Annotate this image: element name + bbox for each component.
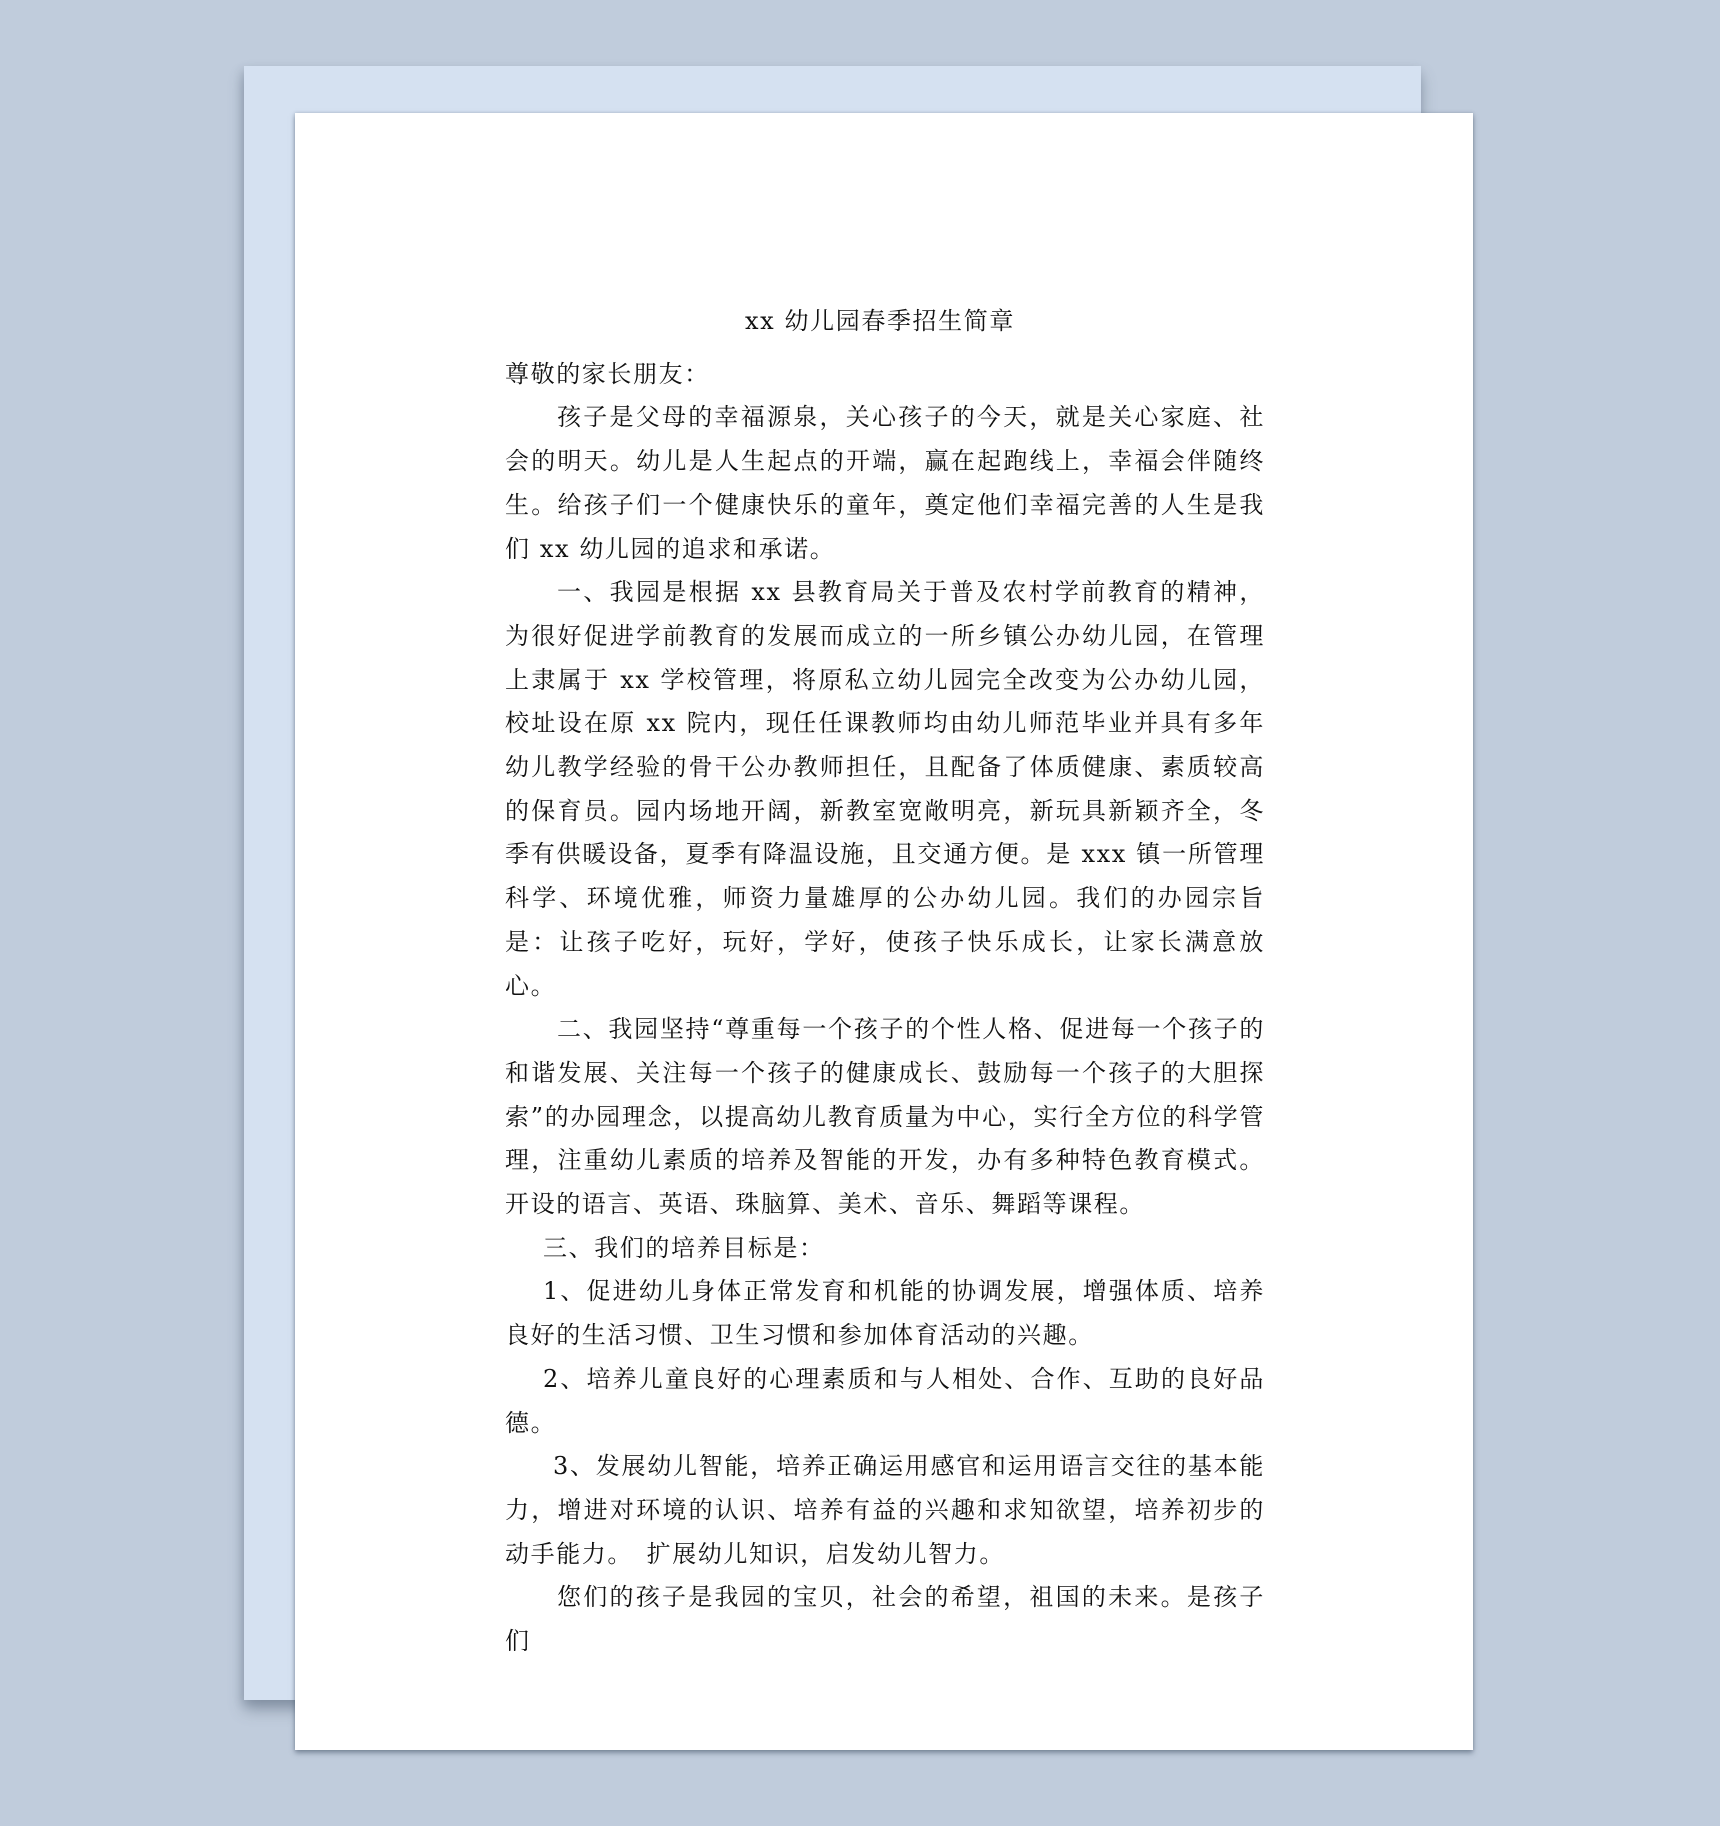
- salutation: 尊敬的家长朋友：: [505, 353, 1265, 397]
- goal-item-1: 1、促进幼儿身体正常发育和机能的协调发展，增强体质、培养良好的生活习惯、卫生习惯…: [505, 1270, 1265, 1357]
- goal-item-2: 2、培养儿童良好的心理素质和与人相处、合作、互助的良好品德。: [505, 1358, 1265, 1445]
- section-3-heading: 三、我们的培养目标是：: [505, 1227, 1265, 1271]
- paragraph-closing: 您们的孩子是我园的宝贝，社会的希望，祖国的未来。是孩子们: [505, 1576, 1265, 1663]
- document-body: xx 幼儿园春季招生简章 尊敬的家长朋友： 孩子是父母的幸福源泉，关心孩子的今天…: [505, 300, 1265, 1664]
- paragraph-section-2: 二、我园坚持“尊重每一个孩子的个性人格、促进每一个孩子的和谐发展、关注每一个孩子…: [505, 1008, 1265, 1227]
- paragraph-section-1: 一、我园是根据 xx 县教育局关于普及农村学前教育的精神，为很好促进学前教育的发…: [505, 571, 1265, 1008]
- document-title: xx 幼儿园春季招生简章: [505, 300, 1265, 344]
- paragraph-intro: 孩子是父母的幸福源泉，关心孩子的今天，就是关心家庭、社会的明天。幼儿是人生起点的…: [505, 396, 1265, 571]
- goal-item-3: 3、发展幼儿智能，培养正确运用感官和运用语言交往的基本能力，增进对环境的认识、培…: [505, 1445, 1265, 1576]
